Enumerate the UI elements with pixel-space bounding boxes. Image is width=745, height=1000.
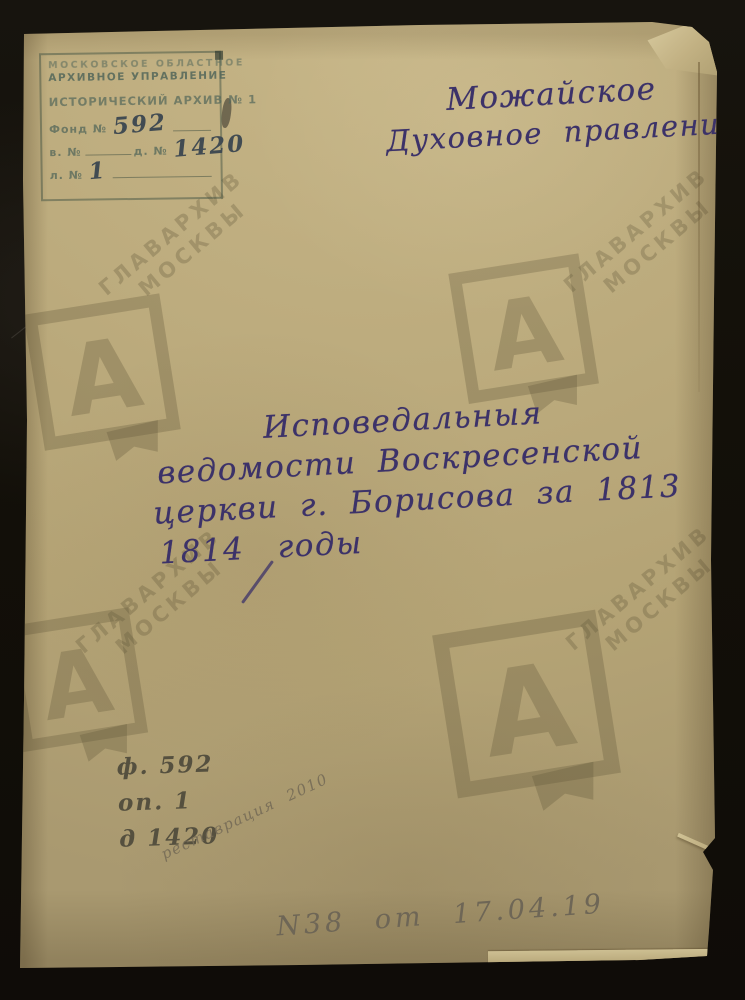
header-line2: Духовное правление bbox=[385, 106, 739, 158]
stamp-org-line1: МОСКОВСКОЕ ОБЛАСТНОЕ bbox=[48, 58, 212, 71]
opis-code: оп. 1 bbox=[117, 782, 218, 821]
delo-number: 1420 bbox=[173, 135, 246, 159]
stamp-rule bbox=[113, 176, 212, 178]
bottom-right-crease bbox=[677, 833, 721, 855]
glavarkhiv-logo-icon: А bbox=[428, 608, 626, 845]
acceptance-note: N38 от 17.04.19 bbox=[275, 889, 606, 943]
folder-cover: ГЛАВАРХИВ МОСКВЫ А ГЛАВАРХИВ МОСКВЫ А ГЛ… bbox=[0, 0, 745, 1000]
bottom-edge-fold bbox=[488, 949, 716, 967]
document-title: Исповедальныя ведомости Воскресенской це… bbox=[146, 386, 684, 574]
watermark-letter: А bbox=[480, 275, 568, 394]
list-number: 1 bbox=[88, 162, 107, 181]
sv-label: в. № bbox=[49, 146, 81, 159]
delo-label: д. № bbox=[133, 144, 167, 157]
stamp-rule bbox=[173, 130, 211, 132]
header-note: Можайское Духовное правление bbox=[383, 67, 739, 158]
stamp-archive-line: ИСТОРИЧЕСКИЙ АРХИВ № 1 bbox=[49, 93, 213, 109]
watermark-letter: А bbox=[57, 315, 149, 439]
fond-number: 592 bbox=[112, 114, 167, 136]
stamp-org-line2: АРХИВНОЕ УПРАВЛЕНИЕ bbox=[48, 70, 212, 84]
fond-code: ф. 592 bbox=[116, 746, 217, 785]
stamp-rule bbox=[86, 154, 132, 156]
fond-label: Фонд № bbox=[49, 122, 107, 136]
watermark-letter: А bbox=[34, 628, 119, 742]
archive-stamp: МОСКОВСКОЕ ОБЛАСТНОЕ АРХИВНОЕ УПРАВЛЕНИЕ… bbox=[39, 51, 223, 202]
watermark-letter: А bbox=[472, 635, 583, 784]
scanned-document: ГЛАВАРХИВ МОСКВЫ А ГЛАВАРХИВ МОСКВЫ А ГЛ… bbox=[0, 0, 745, 1000]
list-label: л. № bbox=[50, 169, 83, 182]
